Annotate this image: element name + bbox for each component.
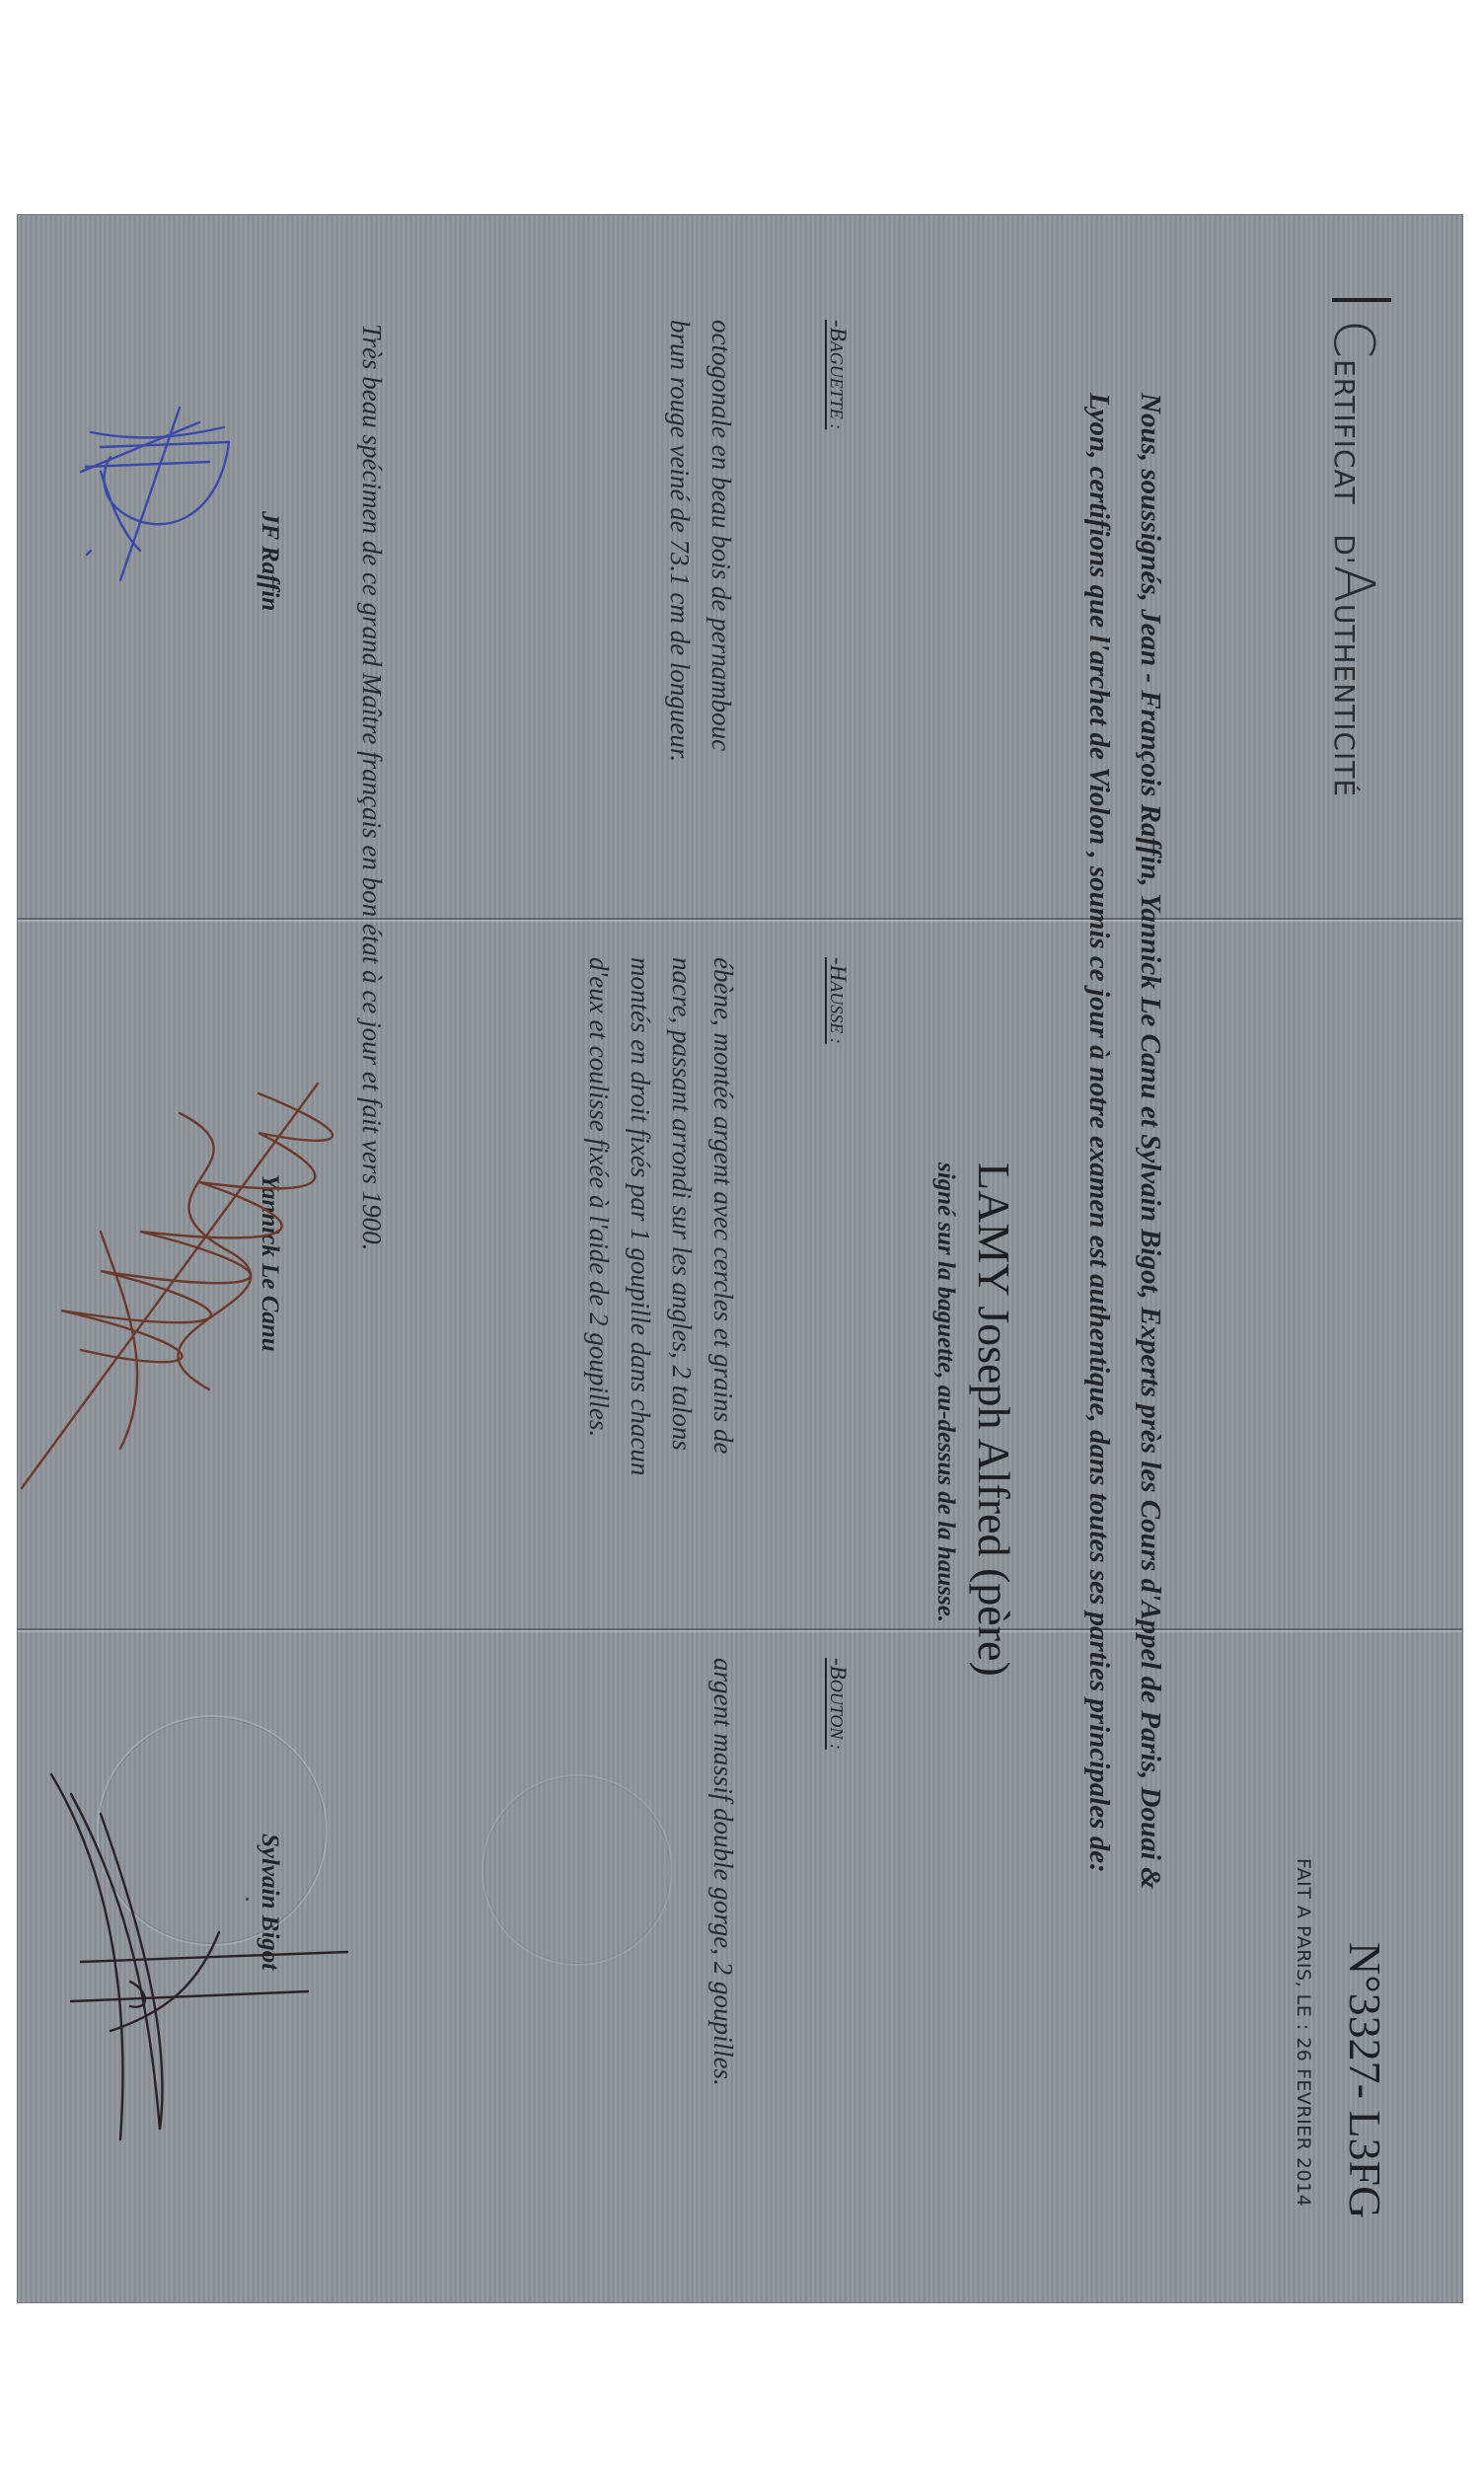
section-line: nacre, passant arrondi sur les angles, 2…	[661, 957, 703, 1475]
title-word-1: ERTIFICAT	[1328, 359, 1361, 504]
title-word-2: UTHENTICITÉ	[1328, 604, 1361, 797]
section-line: montés en droit fixés par 1 goupille dan…	[620, 957, 661, 1475]
fold-line	[18, 1628, 1462, 1630]
heading-prefix: -B	[826, 320, 851, 341]
section-heading-hausse: -HAUSSE :	[825, 957, 851, 1044]
embossed-seal-icon	[482, 1774, 673, 1966]
signature-lecanu-icon	[18, 1074, 377, 1567]
signatory-name-raffin: JF Raffin	[256, 511, 283, 611]
section-line: brun rouge veiné de 73.1 cm de longueur.	[659, 320, 701, 762]
section-body-hausse: ébène, montée argent avec cercles et gra…	[578, 957, 744, 1475]
heading-rest: OUTON :	[827, 1680, 847, 1750]
section-heading-baguette: -BAGUETTE :	[825, 320, 851, 429]
place-date: FAIT A PARIS, LE : 26 FEVRIER 2014	[1293, 1858, 1314, 2207]
section-body-bouton: argent massif double gorge, 2 goupilles.	[703, 1658, 744, 2086]
maker-signature-note: signé sur la baguette, au-dessus de la h…	[931, 1162, 959, 1622]
section-body-baguette: octogonale en beau bois de pernambouc br…	[659, 320, 742, 762]
title-initial: C	[1321, 320, 1385, 359]
heading-rest: AUSSE :	[827, 981, 847, 1043]
heading-prefix: -H	[826, 957, 851, 981]
certificate-title: CERTIFICAT D'AUTHENTICITÉ	[1321, 320, 1385, 797]
signature-bigot-icon	[41, 1755, 367, 2169]
title-accent-bar	[1332, 298, 1391, 302]
fold-line	[18, 918, 1462, 920]
section-line: ébène, montée argent avec cercles et gra…	[703, 957, 744, 1475]
heading-prefix: -B	[826, 1658, 851, 1680]
title-initial-2: A	[1321, 565, 1385, 604]
title-prefix: D'	[1328, 534, 1361, 564]
section-line: d'eux et coulisse fixée à l'aide de 2 go…	[578, 957, 620, 1475]
certificate-sheet: CERTIFICAT D'AUTHENTICITÉ N°3327- L3FG F…	[18, 215, 1462, 2302]
signature-raffin-icon	[41, 403, 239, 600]
intro-line-1: Nous, soussignés, Jean - François Raffin…	[1134, 393, 1166, 1890]
section-heading-bouton: -BOUTON :	[825, 1658, 851, 1750]
certificate-number: N°3327- L3FG	[1339, 1942, 1391, 2218]
scanned-page: CERTIFICAT D'AUTHENTICITÉ N°3327- L3FG F…	[18, 215, 1462, 2302]
intro-line-2: Lyon, certifions que l'archet de Violon …	[1082, 393, 1115, 1873]
heading-rest: AGUETTE :	[827, 341, 847, 430]
maker-name: LAMY Joseph Alfred (père)	[968, 1162, 1020, 1677]
section-line: argent massif double gorge, 2 goupilles.	[703, 1658, 744, 2086]
section-line: octogonale en beau bois de pernambouc	[701, 320, 742, 762]
ink-speck	[246, 1898, 249, 1901]
